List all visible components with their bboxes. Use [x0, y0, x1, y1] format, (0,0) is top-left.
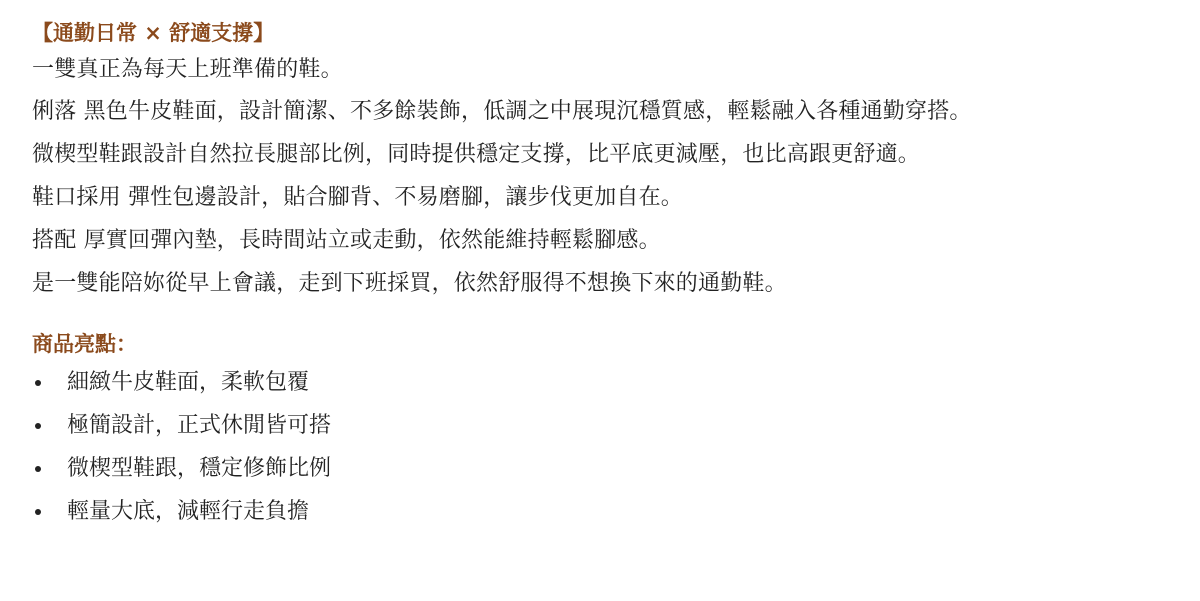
intro-heading: 【通勤日常 × 舒適支撐】: [32, 17, 1192, 50]
product-description: 【通勤日常 × 舒適支撐】 一雙真正為每天上班準備的鞋。 俐落 黑色牛皮鞋面，設…: [32, 17, 1192, 533]
intro-line: 微楔型鞋跟設計自然拉長腿部比例，同時提供穩定支撐，比平底更減壓，也比高跟更舒適。: [32, 133, 1192, 176]
highlight-item: 微楔型鞋跟，穩定修飾比例: [32, 447, 1192, 490]
bullet-icon: [35, 466, 41, 472]
highlight-text: 細緻牛皮鞋面，柔軟包覆: [67, 361, 309, 404]
highlight-text: 輕量大底，減輕行走負擔: [67, 490, 309, 533]
highlight-text: 微楔型鞋跟，穩定修飾比例: [67, 447, 331, 490]
intro-line: 是一雙能陪妳從早上會議，走到下班採買，依然舒服得不想換下來的通勤鞋。: [32, 262, 1192, 305]
highlight-text: 極簡設計，正式休閒皆可搭: [67, 404, 331, 447]
intro-line: 搭配 厚實回彈內墊，長時間站立或走動，依然能維持輕鬆腳感。: [32, 219, 1192, 262]
intro-line: 俐落 黑色牛皮鞋面，設計簡潔、不多餘裝飾，低調之中展現沉穩質感，輕鬆融入各種通勤…: [32, 90, 1192, 133]
highlights-list: 細緻牛皮鞋面，柔軟包覆 極簡設計，正式休閒皆可搭 微楔型鞋跟，穩定修飾比例 輕量…: [32, 361, 1192, 533]
intro-line: 鞋口採用 彈性包邊設計，貼合腳背、不易磨腳，讓步伐更加自在。: [32, 176, 1192, 219]
bullet-icon: [35, 423, 41, 429]
bullet-icon: [35, 380, 41, 386]
highlight-item: 細緻牛皮鞋面，柔軟包覆: [32, 361, 1192, 404]
intro-line: 一雙真正為每天上班準備的鞋。: [32, 50, 1192, 90]
highlight-item: 極簡設計，正式休閒皆可搭: [32, 404, 1192, 447]
highlight-item: 輕量大底，減輕行走負擔: [32, 490, 1192, 533]
bullet-icon: [35, 509, 41, 515]
highlights-heading: 商品亮點：: [32, 328, 1192, 361]
